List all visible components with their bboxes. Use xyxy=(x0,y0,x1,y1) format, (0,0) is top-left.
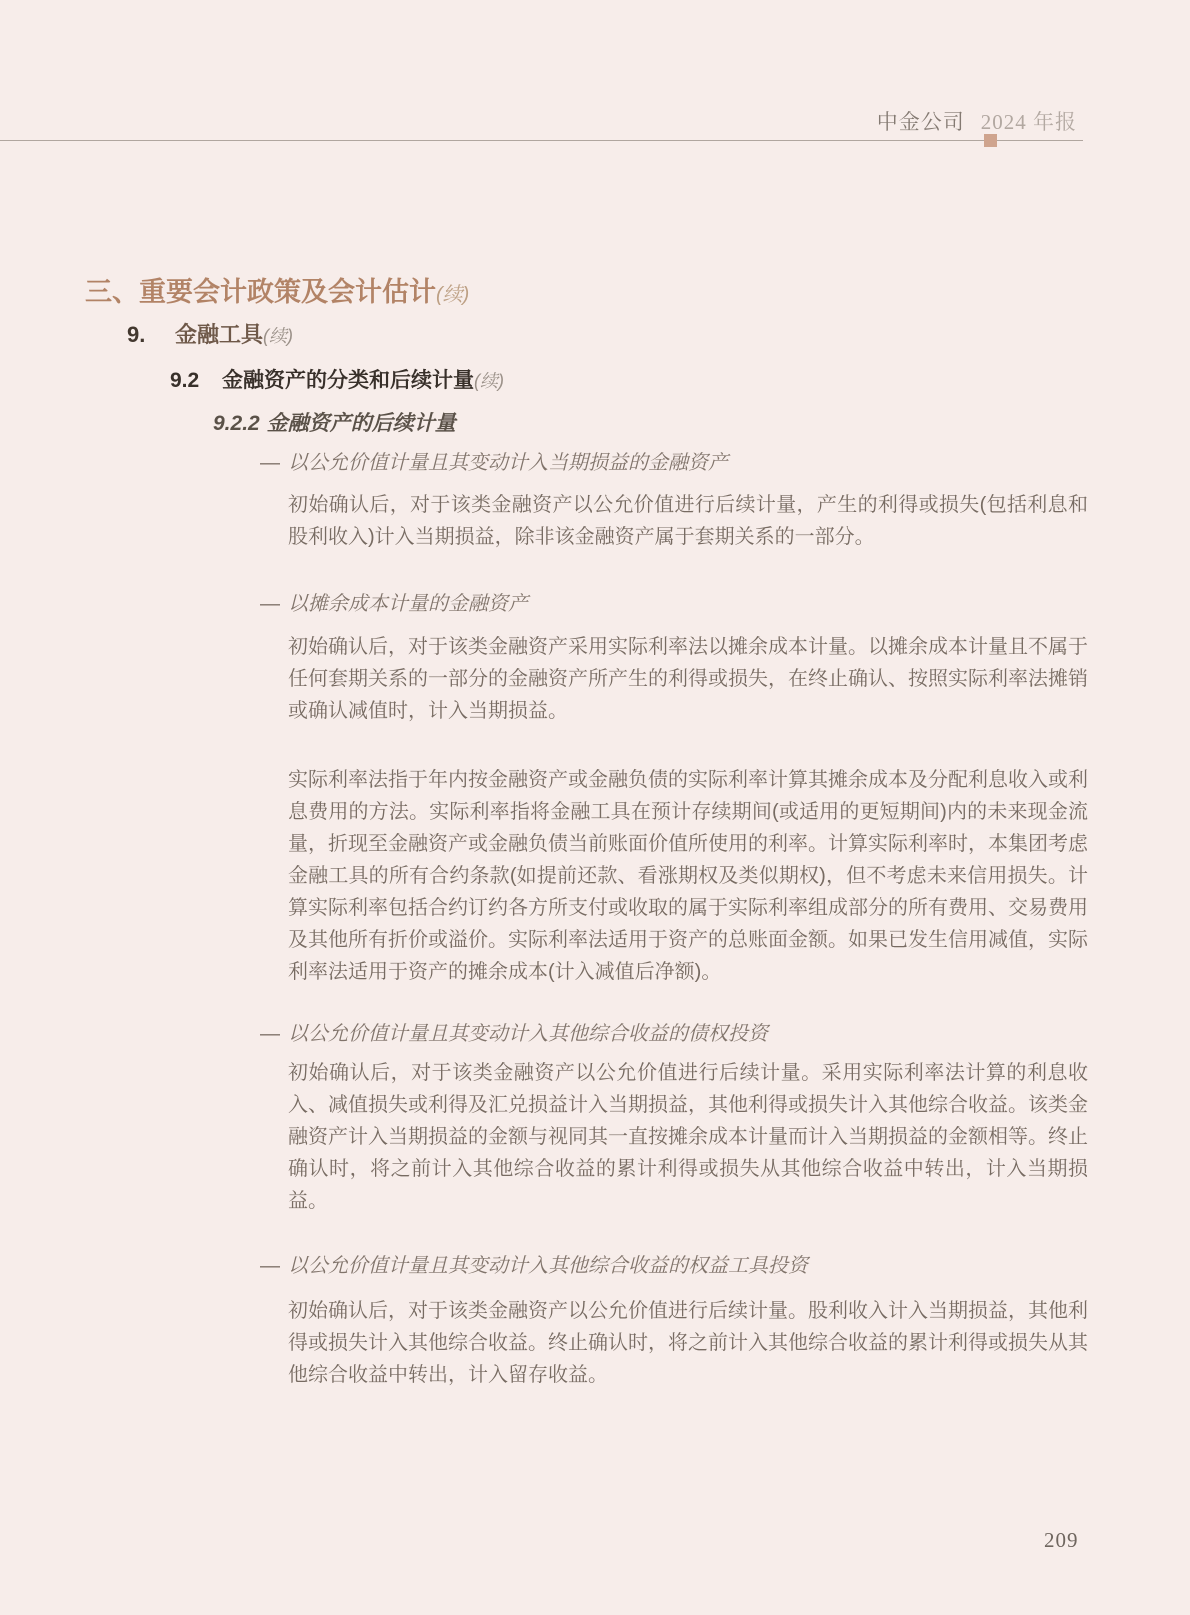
subsection-title: 金融工具 xyxy=(175,322,263,347)
bullet-title-text: 以公允价值计量且其变动计入其他综合收益的权益工具投资 xyxy=(288,1255,808,1277)
dash-marker: — xyxy=(260,1023,288,1046)
body-paragraph: 初始确认后，对于该类金融资产以公允价值进行后续计量。股利收入计入当期损益，其他利… xyxy=(288,1295,1088,1391)
bullet-title-text: 以公允价值计量且其变动计入当期损益的金融资产 xyxy=(288,452,728,474)
section-heading-text: 三、重要会计政策及会计估计 xyxy=(85,277,436,307)
page-number: 209 xyxy=(1044,1528,1079,1553)
subsection-number: 9.2.2 xyxy=(213,412,260,435)
subsection-heading-9-2-2: 9.2.2金融资产的后续计量 xyxy=(213,407,456,437)
bullet-item-title: —以摊余成本计量的金融资产 xyxy=(260,587,528,616)
bullet-title-text: 以摊余成本计量的金融资产 xyxy=(288,593,528,615)
body-paragraph: 初始确认后，对于该类金融资产采用实际利率法以摊余成本计量。以摊余成本计量且不属于… xyxy=(288,631,1088,727)
body-paragraph: 初始确认后，对于该类金融资产以公允价值进行后续计量。采用实际利率法计算的利息收入… xyxy=(288,1057,1088,1217)
header-rule xyxy=(0,140,1083,141)
page-running-header: 中金公司2024 年报 xyxy=(877,106,1077,136)
subsection-number: 9. xyxy=(127,322,175,348)
dash-marker: — xyxy=(260,593,288,616)
report-year: 2024 年报 xyxy=(981,110,1077,134)
bullet-title-text: 以公允价值计量且其变动计入其他综合收益的债权投资 xyxy=(288,1023,768,1045)
section-heading: 三、重要会计政策及会计估计(续) xyxy=(85,270,469,309)
dash-marker: — xyxy=(260,1255,288,1278)
body-paragraph: 实际利率法指于年内按金融资产或金融负债的实际利率计算其摊余成本及分配利息收入或利… xyxy=(288,764,1088,988)
dash-marker: — xyxy=(260,452,288,475)
bullet-item-title: —以公允价值计量且其变动计入当期损益的金融资产 xyxy=(260,446,728,475)
subsection-number: 9.2 xyxy=(170,369,222,393)
bullet-item-title: —以公允价值计量且其变动计入其他综合收益的债权投资 xyxy=(260,1017,768,1046)
subsection-heading-9: 9.金融工具(续) xyxy=(127,318,293,349)
document-page: 中金公司2024 年报 三、重要会计政策及会计估计(续) 9.金融工具(续) 9… xyxy=(0,0,1190,1615)
subsection-suffix: (续) xyxy=(263,326,293,346)
subsection-title: 金融资产的分类和后续计量 xyxy=(222,369,474,392)
subsection-heading-9-2: 9.2金融资产的分类和后续计量(续) xyxy=(170,364,504,394)
header-accent-square xyxy=(984,134,997,147)
subsection-title: 金融资产的后续计量 xyxy=(267,412,456,435)
section-heading-suffix: (续) xyxy=(436,284,469,306)
body-paragraph: 初始确认后，对于该类金融资产以公允价值进行后续计量，产生的利得或损失(包括利息和… xyxy=(288,489,1088,553)
company-name: 中金公司 xyxy=(877,110,965,134)
subsection-suffix: (续) xyxy=(474,371,504,391)
bullet-item-title: —以公允价值计量且其变动计入其他综合收益的权益工具投资 xyxy=(260,1249,808,1278)
